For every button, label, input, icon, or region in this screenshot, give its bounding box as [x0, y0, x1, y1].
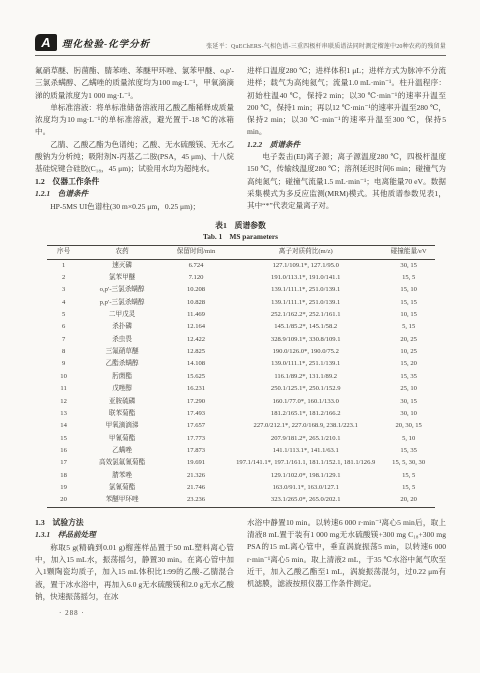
table-cell: 197.1/141.1*, 197.1/161.1, 181.1/152.1, … [229, 457, 383, 469]
table-cell: 207.9/181.2*, 265.1/210.1 [229, 433, 383, 445]
table-cell: 25, 10 [383, 383, 435, 395]
table-cell: 21.746 [163, 482, 228, 494]
table-cell: 高效氯氟氰菊酯 [81, 457, 164, 469]
table-cell: 19 [47, 482, 81, 494]
table-cell: 227.0/212.1*, 227.0/168.9, 238.1/223.1 [229, 420, 383, 432]
top-left-column: 氟硝草醚、肟菌酯、腈苯唑、苯醚甲环唑、氯苯甲醚、o,p′-三氯杀螨醇、乙螨唑的质… [35, 65, 234, 213]
table-cell: 3 [47, 285, 81, 297]
table-row: 11戊唑醇16.231250.1/125.1*, 250.1/152.925, … [47, 383, 435, 395]
paragraph: HP-5MS UI色谱柱(30 m×0.25 μm，0.25 μm)； [35, 201, 234, 213]
journal-logo-icon: A [35, 34, 57, 51]
table-row: 10肟菌酯15.625116.1/89.2*, 131.1/89.215, 35 [47, 371, 435, 383]
table-row: 1速灭磷6.724127.1/109.1*, 127.1/95.030, 15 [47, 259, 435, 272]
table-cell: 139.1/111.1*, 251.0/139.1 [229, 285, 383, 297]
table-row: 16乙螨唑17.873141.1/113.1*, 141.1/63.115, 3… [47, 445, 435, 457]
table-cell: 17 [47, 457, 81, 469]
table-cell: 12.825 [163, 346, 228, 358]
paragraph: 进样口温度280 ℃；进样体积1 μL；进样方式为脉冲不分流进样；载气为高纯氦气… [247, 65, 446, 139]
table-cell: 15, 5, 30, 30 [383, 457, 435, 469]
table-row: 14甲氧滴滴涕17.657227.0/212.1*, 227.0/168.9, … [47, 420, 435, 432]
table-cell: 氯氰菊酯 [81, 482, 164, 494]
section-heading-1-3-1: 1.3.1 样品前处理 [35, 529, 234, 541]
table-cell: 肟菌酯 [81, 371, 164, 383]
table-row: 18腈苯唑21.326129.1/102.0*, 198.1/129.115, … [47, 470, 435, 482]
table-cell: 亚胺硫磷 [81, 396, 164, 408]
table-cell: 13 [47, 408, 81, 420]
table-cell: 6 [47, 322, 81, 334]
table-cell: 129.1/102.0*, 198.1/129.1 [229, 470, 383, 482]
section-heading-1-2-1: 1.2.1 色谱条件 [35, 188, 234, 200]
table-cell: 15, 15 [383, 297, 435, 309]
table-cell: 17.657 [163, 420, 228, 432]
table-cell: 苯醚甲环唑 [81, 494, 164, 507]
table-row: 7杀虫畏12.422328.9/109.1*, 330.8/109.120, 2… [47, 334, 435, 346]
top-text-columns: 氟硝草醚、肟菌酯、腈苯唑、苯醚甲环唑、氯苯甲醚、o,p′-三氯杀螨醇、乙螨唑的质… [35, 65, 446, 213]
column-header: 序号 [47, 245, 81, 259]
table-cell: 18 [47, 470, 81, 482]
paragraph: 乙腈、乙酸乙酯为色谱纯；乙酸、无水硫酸镁、无水乙酸钠为分析纯；吸附剂N-丙基乙二… [35, 139, 234, 176]
table-cell: 181.2/165.1*, 181.2/166.2 [229, 408, 383, 420]
table-cell: 30, 15 [383, 259, 435, 272]
table-cell: 乙螨唑 [81, 445, 164, 457]
table-cell: 二甲戊灵 [81, 309, 164, 321]
table-cell: 17.493 [163, 408, 228, 420]
table-cell: 145.1/85.2*, 145.1/58.2 [229, 322, 383, 334]
table-cell: 116.1/89.2*, 131.1/89.2 [229, 371, 383, 383]
table-cell: 10, 15 [383, 309, 435, 321]
table-cell: 30, 15 [383, 396, 435, 408]
table-cell: 甲氧滴滴涕 [81, 420, 164, 432]
table-cell: 20, 25 [383, 334, 435, 346]
table-cell: 20 [47, 494, 81, 507]
paragraph: 单标准溶液：将单标准储备溶液用乙酸乙酯稀释成质量浓度均为10 mg·L⁻¹的单标… [35, 102, 234, 139]
table-cell: 11 [47, 383, 81, 395]
table-cell: 14 [47, 420, 81, 432]
table-row: 5二甲戊灵11.469252.1/162.2*, 252.1/161.110, … [47, 309, 435, 321]
table-cell: 杀扑磷 [81, 322, 164, 334]
table-cell: 10 [47, 371, 81, 383]
table-cell: 6.724 [163, 259, 228, 272]
table-cell: 15 [47, 433, 81, 445]
section-heading-1-2: 1.2 仪器工作条件 [35, 176, 234, 189]
table-cell: 127.1/109.1*, 127.1/95.0 [229, 259, 383, 272]
table-cell: 15, 5 [383, 470, 435, 482]
table-row: 20苯醚甲环唑23.236323.1/265.0*, 265.0/202.120… [47, 494, 435, 507]
table-cell: 15, 35 [383, 371, 435, 383]
table-cell: 14.108 [163, 359, 228, 371]
table-cell: 速灭磷 [81, 259, 164, 272]
table-cell: 20, 30, 15 [383, 420, 435, 432]
table-cell: 5 [47, 309, 81, 321]
ms-table-head-row: 序号农药保留时间/min离子对质荷比(m/z)碰撞能量/eV [47, 245, 435, 259]
table-row: 8三氟硝草醚12.825190.0/126.0*, 190.0/75.210, … [47, 346, 435, 358]
table-cell: 腈苯唑 [81, 470, 164, 482]
bottom-right-column: 水浴中静置10 min。以转速6 000 r·min⁻¹离心5 min后，取上清… [247, 517, 446, 620]
table-row: 17高效氯氟氰菊酯19.691197.1/141.1*, 197.1/161.1… [47, 457, 435, 469]
table-cell: 15, 5 [383, 482, 435, 494]
paragraph: 电子轰击(EI)离子源；离子源温度280 ℃，四极杆温度150 ℃，传输线温度2… [247, 151, 446, 212]
table-cell: 15, 20 [383, 359, 435, 371]
table-cell: 252.1/162.2*, 252.1/161.1 [229, 309, 383, 321]
table-cell: 联苯菊酯 [81, 408, 164, 420]
paragraph: 水浴中静置10 min。以转速6 000 r·min⁻¹离心5 min后，取上清… [247, 517, 446, 591]
table-cell: 10.828 [163, 297, 228, 309]
table-cell: 5, 15 [383, 322, 435, 334]
table-cell: 23.236 [163, 494, 228, 507]
table-cell: o,p′-三氯杀螨醇 [81, 285, 164, 297]
column-header: 碰撞能量/eV [383, 245, 435, 259]
table-cell: 19.691 [163, 457, 228, 469]
table-row: 13联苯菊酯17.493181.2/165.1*, 181.2/166.230,… [47, 408, 435, 420]
table-cell: 氯苯甲醚 [81, 272, 164, 284]
journal-section-title: 理化检验-化学分析 [62, 36, 150, 50]
table-cell: 141.1/113.1*, 141.1/63.1 [229, 445, 383, 457]
table-cell: 190.0/126.0*, 190.0/75.2 [229, 346, 383, 358]
table-cell: 17.873 [163, 445, 228, 457]
table-cell: 15, 35 [383, 445, 435, 457]
table-title-en: Tab. 1 MS parameters [35, 232, 446, 242]
table-cell: 160.1/77.0*, 160.1/133.0 [229, 396, 383, 408]
table-cell: 7.120 [163, 272, 228, 284]
table-title-zh: 表1 质谱参数 [35, 220, 446, 231]
table-cell: 2 [47, 272, 81, 284]
table-cell: 15, 10 [383, 285, 435, 297]
table-row: 9乙酯杀螨醇14.108139.0/111.1*, 251.1/139.115,… [47, 359, 435, 371]
table-cell: 5, 10 [383, 433, 435, 445]
table-row: 2氯苯甲醚7.120191.0/113.1*, 191.0/141.115, 5 [47, 272, 435, 284]
table-cell: 12.164 [163, 322, 228, 334]
ms-table-head: 序号农药保留时间/min离子对质荷比(m/z)碰撞能量/eV [47, 245, 435, 259]
table-cell: 20, 20 [383, 494, 435, 507]
journal-brand: A 理化检验-化学分析 [35, 34, 150, 51]
table-cell: 15, 5 [383, 272, 435, 284]
bottom-text-columns: 1.3 试验方法 1.3.1 样品前处理 称取5 g(精确到0.01 g)榴莲样… [35, 517, 446, 620]
table-cell: 乙酯杀螨醇 [81, 359, 164, 371]
running-head: 张延平：QuEChERS-气相色谱-三重四极杆串联质谱法同时测定榴莲中20种农药… [206, 41, 446, 51]
column-header: 离子对质荷比(m/z) [229, 245, 383, 259]
table-cell: 30, 10 [383, 408, 435, 420]
bottom-left-column: 1.3 试验方法 1.3.1 样品前处理 称取5 g(精确到0.01 g)榴莲样… [35, 517, 234, 620]
paragraph: 称取5 g(精确到0.01 g)榴莲样品置于50 mL塑料离心管中，加入15 m… [35, 542, 234, 603]
table-cell: 杀虫畏 [81, 334, 164, 346]
table-cell: 甲氰菊酯 [81, 433, 164, 445]
table-cell: 9 [47, 359, 81, 371]
column-header: 保留时间/min [163, 245, 228, 259]
table-row: 4p,p′-三氯杀螨醇10.828139.1/111.1*, 251.0/139… [47, 297, 435, 309]
top-right-column: 进样口温度280 ℃；进样体积1 μL；进样方式为脉冲不分流进样；载气为高纯氦气… [247, 65, 446, 213]
table-cell: 17.773 [163, 433, 228, 445]
table-cell: 21.326 [163, 470, 228, 482]
table-cell: 三氟硝草醚 [81, 346, 164, 358]
table-row: 15甲氰菊酯17.773207.9/181.2*, 265.1/210.15, … [47, 433, 435, 445]
table-cell: 139.0/111.1*, 251.1/139.1 [229, 359, 383, 371]
table-cell: 1 [47, 259, 81, 272]
table-cell: 12 [47, 396, 81, 408]
table-cell: p,p′-三氯杀螨醇 [81, 297, 164, 309]
table-cell: 戊唑醇 [81, 383, 164, 395]
table-row: 12亚胺硫磷17.290160.1/77.0*, 160.1/133.030, … [47, 396, 435, 408]
table-cell: 7 [47, 334, 81, 346]
column-header: 农药 [81, 245, 164, 259]
paragraph: 氟硝草醚、肟菌酯、腈苯唑、苯醚甲环唑、氯苯甲醚、o,p′-三氯杀螨醇、乙螨唑的质… [35, 65, 234, 102]
table-cell: 139.1/111.1*, 251.0/139.1 [229, 297, 383, 309]
scanned-paper-page: A 理化检验-化学分析 张延平：QuEChERS-气相色谱-三重四极杆串联质谱法… [0, 0, 480, 673]
page-number: · 288 · [35, 608, 234, 619]
table-cell: 4 [47, 297, 81, 309]
table-cell: 323.1/265.0*, 265.0/202.1 [229, 494, 383, 507]
table-cell: 250.1/125.1*, 250.1/152.9 [229, 383, 383, 395]
ms-table-body: 1速灭磷6.724127.1/109.1*, 127.1/95.030, 152… [47, 259, 435, 507]
table-cell: 16 [47, 445, 81, 457]
table-cell: 8 [47, 346, 81, 358]
page-header: A 理化检验-化学分析 张延平：QuEChERS-气相色谱-三重四极杆串联质谱法… [35, 34, 446, 56]
table-cell: 11.469 [163, 309, 228, 321]
table-cell: 10.208 [163, 285, 228, 297]
table-cell: 17.290 [163, 396, 228, 408]
table-cell: 16.231 [163, 383, 228, 395]
table-cell: 328.9/109.1*, 330.8/109.1 [229, 334, 383, 346]
table-row: 6杀扑磷12.164145.1/85.2*, 145.1/58.25, 15 [47, 322, 435, 334]
table-cell: 12.422 [163, 334, 228, 346]
ms-table: 序号农药保留时间/min离子对质荷比(m/z)碰撞能量/eV 1速灭磷6.724… [47, 245, 435, 508]
table-cell: 10, 25 [383, 346, 435, 358]
section-heading-1-2-2: 1.2.2 质谱条件 [247, 139, 446, 151]
table-cell: 191.0/113.1*, 191.0/141.1 [229, 272, 383, 284]
table-row: 3o,p′-三氯杀螨醇10.208139.1/111.1*, 251.0/139… [47, 285, 435, 297]
section-heading-1-3: 1.3 试验方法 [35, 517, 234, 530]
ms-parameters-table-block: 表1 质谱参数 Tab. 1 MS parameters 序号农药保留时间/mi… [35, 220, 446, 508]
table-cell: 15.625 [163, 371, 228, 383]
table-row: 19氯氰菊酯21.746163.0/91.1*, 163.0/127.115, … [47, 482, 435, 494]
table-cell: 163.0/91.1*, 163.0/127.1 [229, 482, 383, 494]
